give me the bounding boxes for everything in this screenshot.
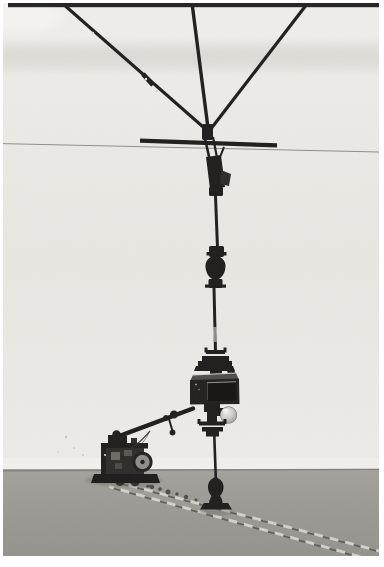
photograph — [0, 0, 384, 567]
top-edge-rule — [8, 3, 379, 7]
photo-canvas — [0, 0, 384, 567]
film-grain — [3, 3, 379, 556]
